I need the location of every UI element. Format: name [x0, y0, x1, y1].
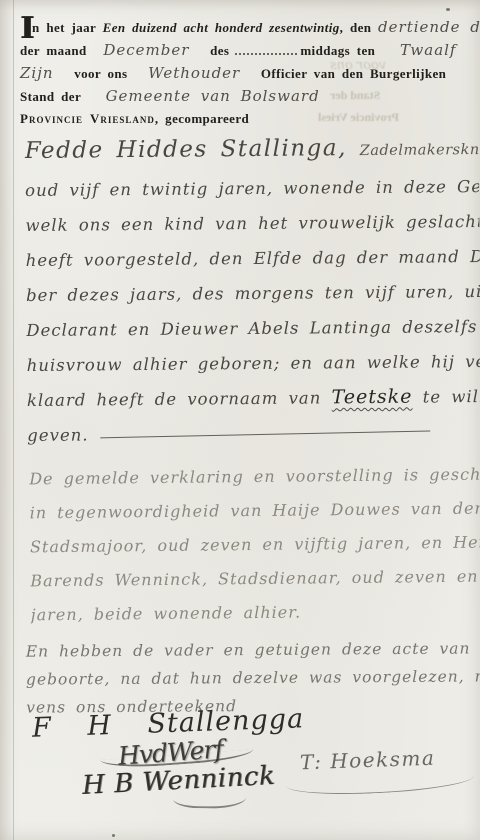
printed-text: , gecompareerd — [155, 111, 249, 126]
handwritten-line: welk ons een kind van het vrouwelijk ges… — [25, 204, 479, 243]
left-margin-line — [13, 0, 14, 840]
printed-text: , den — [340, 20, 372, 35]
printed-text: des — [210, 43, 229, 58]
handwritten-line: oud vijf en twintig jaren, wonende in de… — [25, 169, 479, 208]
handwritten-line: Stadsmajoor, oud zeven en vijftig jaren,… — [30, 526, 480, 565]
child-name: Teetske — [332, 386, 413, 409]
document-page: Stand der Provincie Vriesl voor ons In h… — [0, 0, 480, 840]
filler-rule-line — [101, 430, 431, 438]
handwritten-line: En hebben de vader en getuigen deze acte… — [26, 634, 480, 665]
handwritten-line: De gemelde verklaring en voorstelling is… — [29, 458, 479, 497]
handwritten-line: ber dezes jaars, des morgens ten vijf ur… — [26, 274, 480, 313]
declarant-name-line: Fedde Hiddes Stallinga, Zadelmakersknegt — [25, 128, 479, 173]
handwritten-fill-municipality: Gemeente van Bolsward — [106, 87, 320, 105]
printed-province: Provincie Vriesland — [20, 111, 155, 126]
printed-text: Stand der — [20, 89, 81, 104]
printed-text: middags ten — [300, 43, 375, 58]
form-line-5: Provincie Vriesland, gecompareerd — [20, 108, 476, 130]
handwritten-line: Declarant en Dieuwer Abels Lantinga desz… — [26, 309, 480, 348]
handwritten-fill-day: dertiende dag — [378, 18, 480, 36]
form-line-3: Zijn voor ons Wethouder Officier van den… — [20, 62, 476, 85]
handwritten-fill-official: Wethouder — [148, 64, 240, 82]
handwritten-fill-zijn: Zijn — [20, 64, 54, 82]
handwritten-line: heeft voorgesteld, den Elfde dag der maa… — [26, 239, 480, 278]
printed-text: Officier van den Burgerlijken — [261, 66, 446, 81]
form-line-2: der maand December desmiddags ten Twaalf… — [20, 39, 476, 62]
ink-speck — [446, 8, 450, 11]
printed-text: n het jaar — [32, 20, 96, 35]
signature-officer-flourish — [286, 775, 474, 798]
declaration-last-line: geven. — [27, 414, 480, 453]
signature-officer: T: Hoeksma — [300, 746, 436, 775]
handwritten-text: geven. — [27, 425, 88, 445]
handwritten-line: Barends Wenninck, Stadsdienaar, oud zeve… — [30, 560, 480, 599]
form-line-1: In het jaar Een duizend acht honderd zes… — [20, 16, 476, 39]
handwritten-text: klaard heeft de voornaam van — [27, 388, 322, 410]
printed-form-header: In het jaar Een duizend acht honderd zes… — [20, 16, 476, 130]
handwritten-line: huisvrouw alhier geboren; en aan welke h… — [26, 344, 480, 383]
child-name-line: klaard heeft de voornaam van Teetske te … — [27, 379, 480, 418]
handwritten-line: jaren, beide wonende alhier. — [31, 594, 480, 633]
handwritten-line: geboorte, na dat hun dezelve was voorgel… — [26, 662, 480, 693]
signature-witness-wenninck: H B Wenninck — [81, 761, 275, 801]
witnesses-section: De gemelde verklaring en voorstelling is… — [29, 458, 480, 633]
handwritten-line: in tegenwoordigheid van Haije Douwes van… — [29, 492, 479, 531]
dotted-leader — [235, 42, 297, 55]
handwritten-fill-month: December — [103, 41, 189, 59]
ink-speck — [112, 834, 115, 837]
declarant-occupation: Zadelmakersknegt — [360, 142, 479, 159]
declarant-name: Fedde Hiddes Stallinga, — [25, 135, 347, 164]
handwritten-text: te willen — [423, 387, 480, 407]
form-line-4: Stand der Gemeente van Bolsward — [20, 85, 476, 108]
printed-text: der maand — [20, 43, 87, 58]
printed-text: voor ons — [74, 66, 127, 81]
printed-text: Een duizend acht honderd zesentwintig — [103, 20, 340, 35]
declaration-section: Fedde Hiddes Stallinga, Zadelmakersknegt… — [25, 128, 480, 453]
handwritten-fill-hour: Twaalf — [400, 41, 457, 59]
